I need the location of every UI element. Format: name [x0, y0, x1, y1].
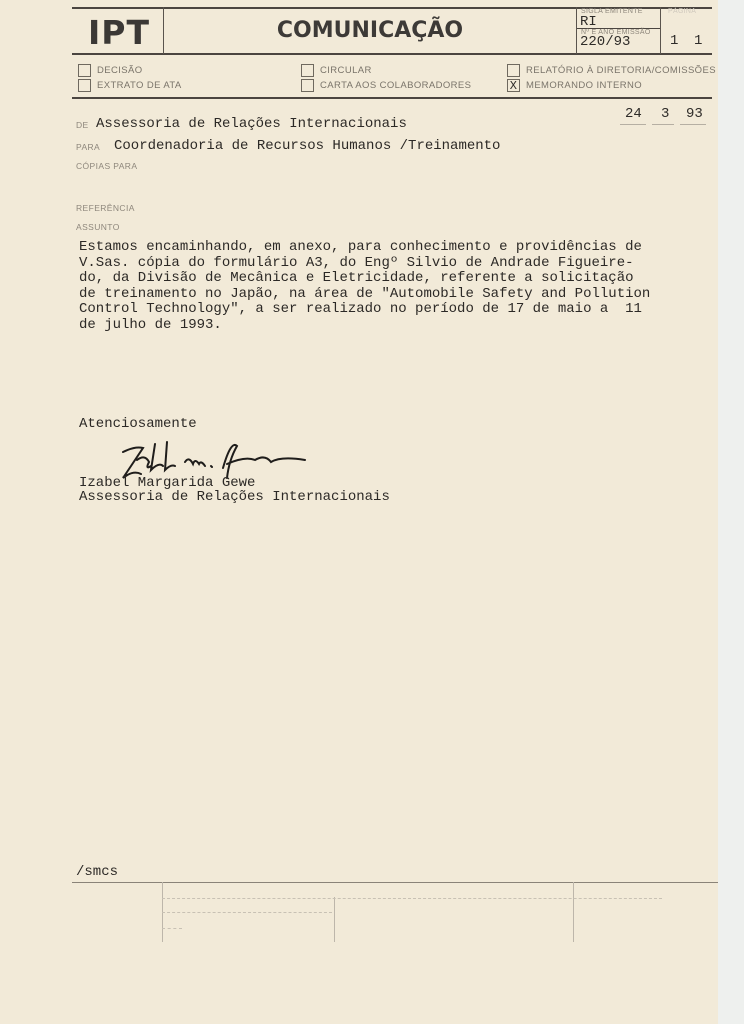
assunto-label: ASSUNTO: [76, 222, 120, 232]
checkbox-label: RELATÓRIO À DIRETORIA/COMISSÕES: [526, 65, 716, 76]
date-underline-day: [620, 124, 646, 125]
checkbox-memorando-interno[interactable]: X MEMORANDO INTERNO: [507, 79, 642, 92]
checkbox-carta-aos-colaboradores[interactable]: CARTA AOS COLABORADORES: [301, 79, 471, 92]
checkbox-extrato-de-ata[interactable]: EXTRATO DE ATA: [78, 79, 182, 92]
salutation: Atenciosamente: [79, 416, 197, 432]
checkbox-box[interactable]: [507, 64, 520, 77]
form-title: COMUNICAÇÃO: [165, 18, 575, 43]
de-label: DE: [76, 120, 89, 130]
checkbox-relatorio-diretoria[interactable]: RELATÓRIO À DIRETORIA/COMISSÕES: [507, 64, 716, 77]
checkbox-label: MEMORANDO INTERNO: [526, 80, 642, 91]
para-label: PARA: [76, 142, 100, 152]
copias-para-label: CÓPIAS PARA: [76, 161, 137, 171]
checkbox-label: EXTRATO DE ATA: [97, 80, 182, 91]
header-divider-title: [576, 7, 577, 54]
date-underline-year: [680, 124, 706, 125]
footer-table-row: [162, 928, 182, 930]
checkbox-box[interactable]: [78, 64, 91, 77]
date-year: 93: [686, 106, 703, 122]
body-line: de treinamento no Japão, na área de "Aut…: [79, 287, 650, 303]
checkbox-label: CARTA AOS COLABORADORES: [320, 80, 471, 91]
types-bottom-rule: [72, 97, 712, 99]
date-day: 24: [625, 106, 642, 122]
checkbox-circular[interactable]: CIRCULAR: [301, 64, 372, 77]
footer-table-row: [162, 912, 332, 914]
pagina-label: PÁGINA: [668, 8, 696, 15]
body-line: Estamos encaminhando, em anexo, para con…: [79, 240, 650, 256]
checkbox-label: CIRCULAR: [320, 65, 372, 76]
footer-table-mid: [334, 897, 335, 942]
scan-edge: [718, 0, 744, 1024]
checkbox-box[interactable]: X: [507, 79, 520, 92]
body-line: Control Technology", a ser realizado no …: [79, 302, 650, 318]
body-line: V.Sas. cópia do formulário A3, do Engº S…: [79, 256, 650, 272]
typist-initials: /smcs: [76, 864, 118, 880]
checkbox-box[interactable]: [301, 79, 314, 92]
referencia-label: REFERÊNCIA: [76, 203, 135, 213]
signer-unit: Assessoria de Relações Internacionais: [79, 489, 390, 505]
header-bottom-rule: [72, 53, 712, 55]
numero-value: 220/93: [580, 34, 630, 50]
footer-table-right: [573, 882, 574, 942]
memo-body: Estamos encaminhando, em anexo, para con…: [79, 240, 650, 333]
header-divider-logo: [163, 7, 164, 54]
body-line: do, da Divisão de Mecânica e Eletricidad…: [79, 271, 650, 287]
ipt-logo: IPT: [88, 13, 150, 52]
para-value: Coordenadoria de Recursos Humanos /Trein…: [114, 138, 500, 154]
checkbox-box[interactable]: [78, 79, 91, 92]
de-value: Assessoria de Relações Internacionais: [96, 116, 407, 132]
checkbox-box[interactable]: [301, 64, 314, 77]
footer-table-row: [162, 898, 662, 900]
date-month: 3: [661, 106, 669, 122]
pagina-total: 1: [694, 33, 702, 49]
header-divider-page: [660, 7, 661, 54]
date-underline-month: [652, 124, 674, 125]
sigla-emitente-value: RI: [580, 14, 597, 30]
checkbox-label: DECISÃO: [97, 65, 143, 76]
footer-rule: [72, 882, 718, 883]
body-line: de julho de 1993.: [79, 318, 650, 334]
pagina-current: 1: [670, 33, 678, 49]
checkbox-decisao[interactable]: DECISÃO: [78, 64, 143, 77]
